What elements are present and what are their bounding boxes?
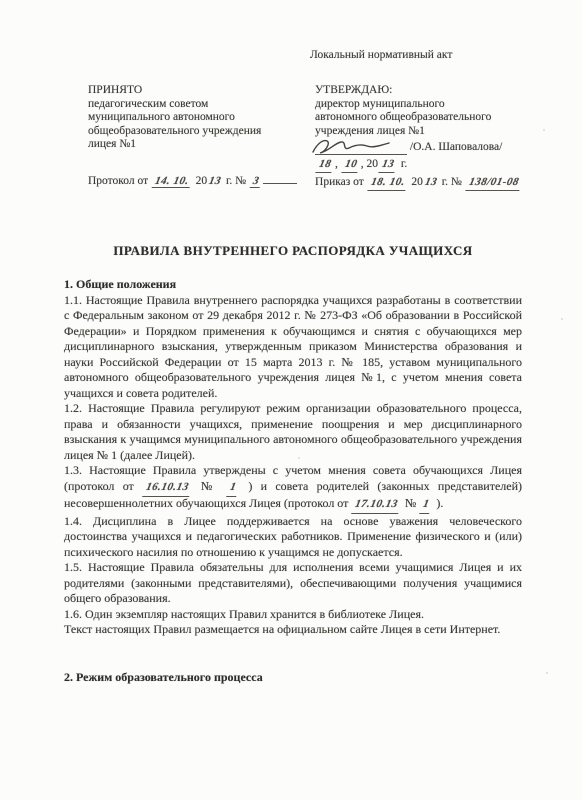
- protocol-year-handwritten: 13: [208, 175, 223, 187]
- p13-date2-handwritten: 17.10.13: [352, 497, 402, 514]
- approved-block: УТВЕРЖДАЮ: директор муниципального автон…: [315, 84, 522, 191]
- accepted-block: ПРИНЯТО педагогическим советом муниципал…: [88, 84, 297, 191]
- signature-row: /О.А. Шаповалова/: [315, 139, 522, 155]
- section-2-heading: 2. Режим образовательного процесса: [64, 670, 522, 686]
- paragraph-1-6-note: Текст настоящих Правил размещается на оф…: [64, 622, 522, 638]
- scanned-document-page: Локальный нормативный акт ПРИНЯТО педаго…: [0, 0, 582, 800]
- paragraph-1-3-text: ).: [436, 496, 443, 510]
- signature-line: [315, 140, 407, 155]
- protocol-label: Протокол от: [88, 175, 148, 187]
- protocol-century: 20: [196, 175, 208, 187]
- p13-num2-handwritten: 1: [420, 497, 434, 514]
- document-body: 1. Общие положения 1.1. Настоящие Правил…: [64, 277, 522, 685]
- approval-header: ПРИНЯТО педагогическим советом муниципал…: [64, 84, 522, 191]
- approved-org-line: автономного общеобразовательного: [315, 111, 522, 125]
- protocol-line: Протокол от 14. 10. 2013 г. № 3: [88, 172, 297, 188]
- accepted-org-line: общеобразовательного учреждения: [88, 125, 297, 139]
- document-type-note: Локальный нормативный акт: [310, 48, 522, 62]
- approved-heading: УТВЕРЖДАЮ:: [315, 84, 522, 98]
- date-year-handwritten: 13: [378, 157, 397, 173]
- order-daymonth-handwritten: 18. 10.: [367, 175, 408, 191]
- date-month-handwritten: 10: [341, 157, 360, 173]
- paragraph-1-2: 1.2. Настоящие Правила регулируют режим …: [64, 401, 522, 463]
- date-comma: ,: [361, 158, 364, 170]
- accepted-org-line: лицея №1: [88, 138, 297, 152]
- scan-speck: [543, 129, 545, 131]
- accepted-org-line: педагогическим советом: [88, 98, 297, 112]
- protocol-number-handwritten: 3: [250, 175, 263, 188]
- paragraph-1-3-text: №: [201, 479, 218, 493]
- p13-date1-handwritten: 16.10.13: [142, 480, 192, 497]
- accepted-heading: ПРИНЯТО: [88, 84, 297, 98]
- scan-speck: [298, 457, 300, 459]
- accepted-org-line: муниципального автономного: [88, 111, 297, 125]
- date-century: 20: [367, 158, 379, 170]
- order-label: Приказ от: [315, 176, 364, 188]
- order-line: Приказ от 18. 10. 2013 г. № 138/01-08: [315, 175, 522, 191]
- date-day-handwritten: 18: [315, 157, 334, 173]
- scan-speck: [546, 672, 548, 674]
- order-year-handwritten: 13: [423, 175, 438, 190]
- signature-icon: [309, 134, 395, 158]
- approved-org-line: директор муниципального: [315, 98, 522, 112]
- document-title: ПРАВИЛА ВНУТРЕННЕГО РАСПОРЯДКА УЧАЩИХСЯ: [64, 243, 522, 259]
- signature-name: /О.А. Шаповалова/: [410, 141, 502, 153]
- scan-speck: [561, 318, 563, 320]
- date-comma: ,: [335, 158, 338, 170]
- protocol-year-suffix: г.: [226, 175, 232, 187]
- protocol-daymonth-handwritten: 14. 10.: [152, 175, 193, 188]
- section-1-heading: 1. Общие положения: [64, 277, 522, 293]
- order-num-label: №: [451, 176, 462, 188]
- paragraph-1-3: 1.3. Настоящие Правила утверждены с учет…: [64, 463, 522, 514]
- approval-date-row: 18, 10, 2013 г.: [315, 157, 522, 173]
- date-suffix: г.: [401, 158, 407, 170]
- order-number-handwritten: 138/01-08: [465, 175, 522, 191]
- protocol-num-label: №: [235, 175, 246, 187]
- paragraph-1-3-text: №: [405, 496, 416, 510]
- paragraph-1-1: 1.1. Настоящие Правила внутреннего распо…: [64, 293, 522, 402]
- order-century: 20: [411, 176, 423, 188]
- p13-num1-handwritten: 1: [226, 480, 240, 497]
- blank-line: [263, 172, 297, 184]
- order-year-suffix: г.: [442, 176, 448, 188]
- paragraph-1-6: 1.6. Один экземпляр настоящих Правил хра…: [64, 607, 522, 623]
- paragraph-1-4: 1.4. Дисциплина в Лицее поддерживается н…: [64, 514, 522, 561]
- paragraph-1-5: 1.5. Настоящие Правила обязательны для и…: [64, 560, 522, 607]
